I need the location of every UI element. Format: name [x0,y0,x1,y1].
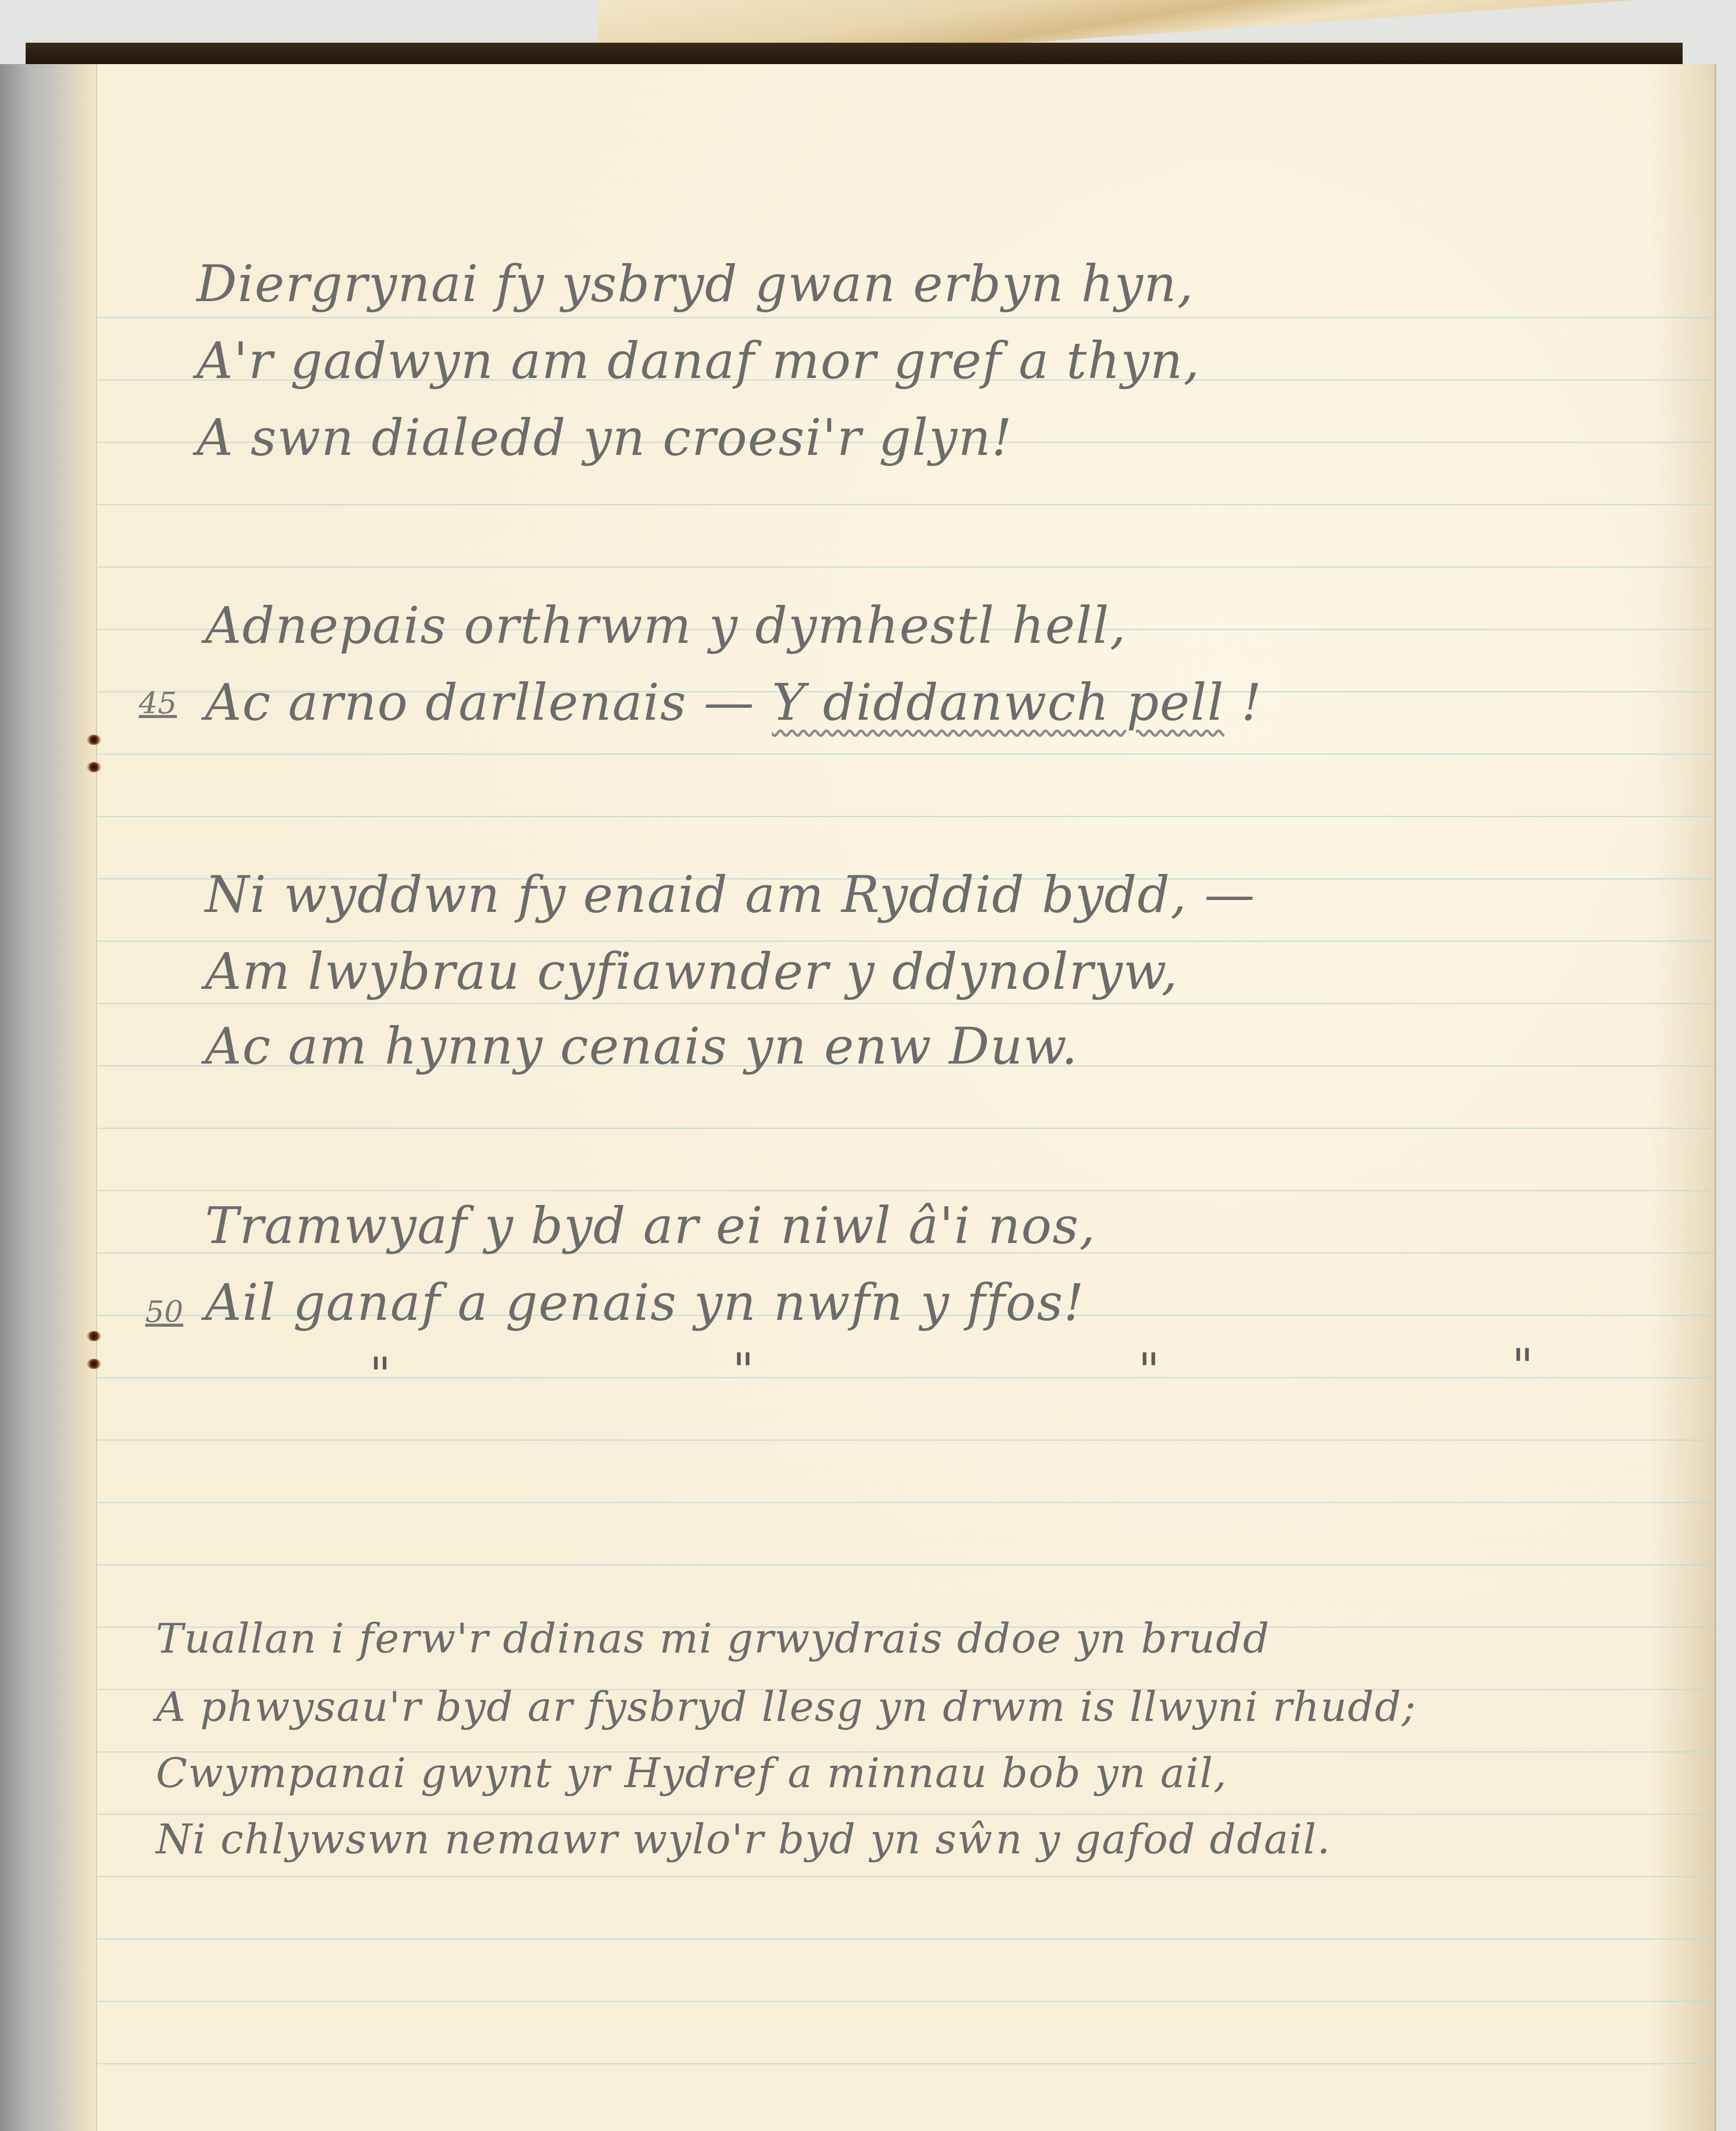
rule-line [96,1439,1715,1441]
rule-line [96,2063,1715,2064]
poem-line: Ail ganaf a genais yn nwfn y ffos! [205,1273,1085,1332]
poem-line: Ni wyddwn fy enaid am Ryddid bydd, — [205,865,1256,924]
rule-line [96,317,1715,318]
rule-line [96,816,1715,817]
spine-fold [96,64,97,2131]
binding-hole [87,762,101,772]
poem-line: Ni chlywswn nemawr wylo'r byd yn sŵn y g… [156,1815,1331,1863]
notebook-binding [0,64,98,2131]
poem-line-part: Ac arno darllenais — [205,673,772,732]
poem-line: Ac am hynny cenais yn enw Duw. [205,1017,1078,1076]
poem-line-part: ! [1224,673,1262,732]
ditto-mark: " [369,1348,391,1402]
rule-line [96,566,1715,568]
ditto-mark: " [732,1343,754,1398]
binding-hole [87,1331,101,1341]
line-number: 50 [145,1294,183,1329]
binding-hole [87,735,101,745]
poem-line: Diergrynai fy ysbryd gwan erbyn hyn, [196,254,1194,313]
poem-line: Tuallan i ferw'r ddinas mi grwydrais ddo… [156,1615,1270,1662]
poem-line: A'r gadwyn am danaf mor gref a thyn, [196,331,1200,390]
rule-line [96,2001,1715,2002]
rule-line [96,1003,1715,1004]
binding-hole [87,1359,101,1369]
rule-line [96,1876,1715,1877]
poem-line: A phwysau'r byd ar fysbryd llesg yn drwm… [156,1683,1417,1731]
line-number: 45 [139,686,177,721]
rule-line [96,753,1715,755]
rule-line [96,1502,1715,1503]
notebook-page: Diergrynai fy ysbryd gwan erbyn hyn, A'r… [96,64,1716,2131]
rule-line [96,1128,1715,1129]
poem-line: Tramwyaf y byd ar ei niwl â'i nos, [205,1196,1096,1255]
poem-line: Ac arno darllenais — Y diddanwch pell ! [205,673,1262,732]
rule-line [96,1377,1715,1378]
underlined-phrase: Y diddanwch pell [772,673,1224,732]
poem-line: Cwympanai gwynt yr Hydref a minnau bob y… [156,1749,1227,1797]
rule-line [96,1938,1715,1940]
ditto-mark: " [1138,1343,1160,1398]
rule-line [96,1814,1715,1815]
ditto-mark: " [1512,1339,1534,1394]
rule-line [96,504,1715,505]
poem-line: A swn dialedd yn croesi'r glyn! [196,408,1013,467]
poem-line: Adnepais orthrwm y dymhestl hell, [205,596,1127,655]
rule-line [96,1190,1715,1191]
rule-line [96,1564,1715,1565]
poem-line: Am lwybrau cyfiawnder y ddynolryw, [205,942,1178,1001]
